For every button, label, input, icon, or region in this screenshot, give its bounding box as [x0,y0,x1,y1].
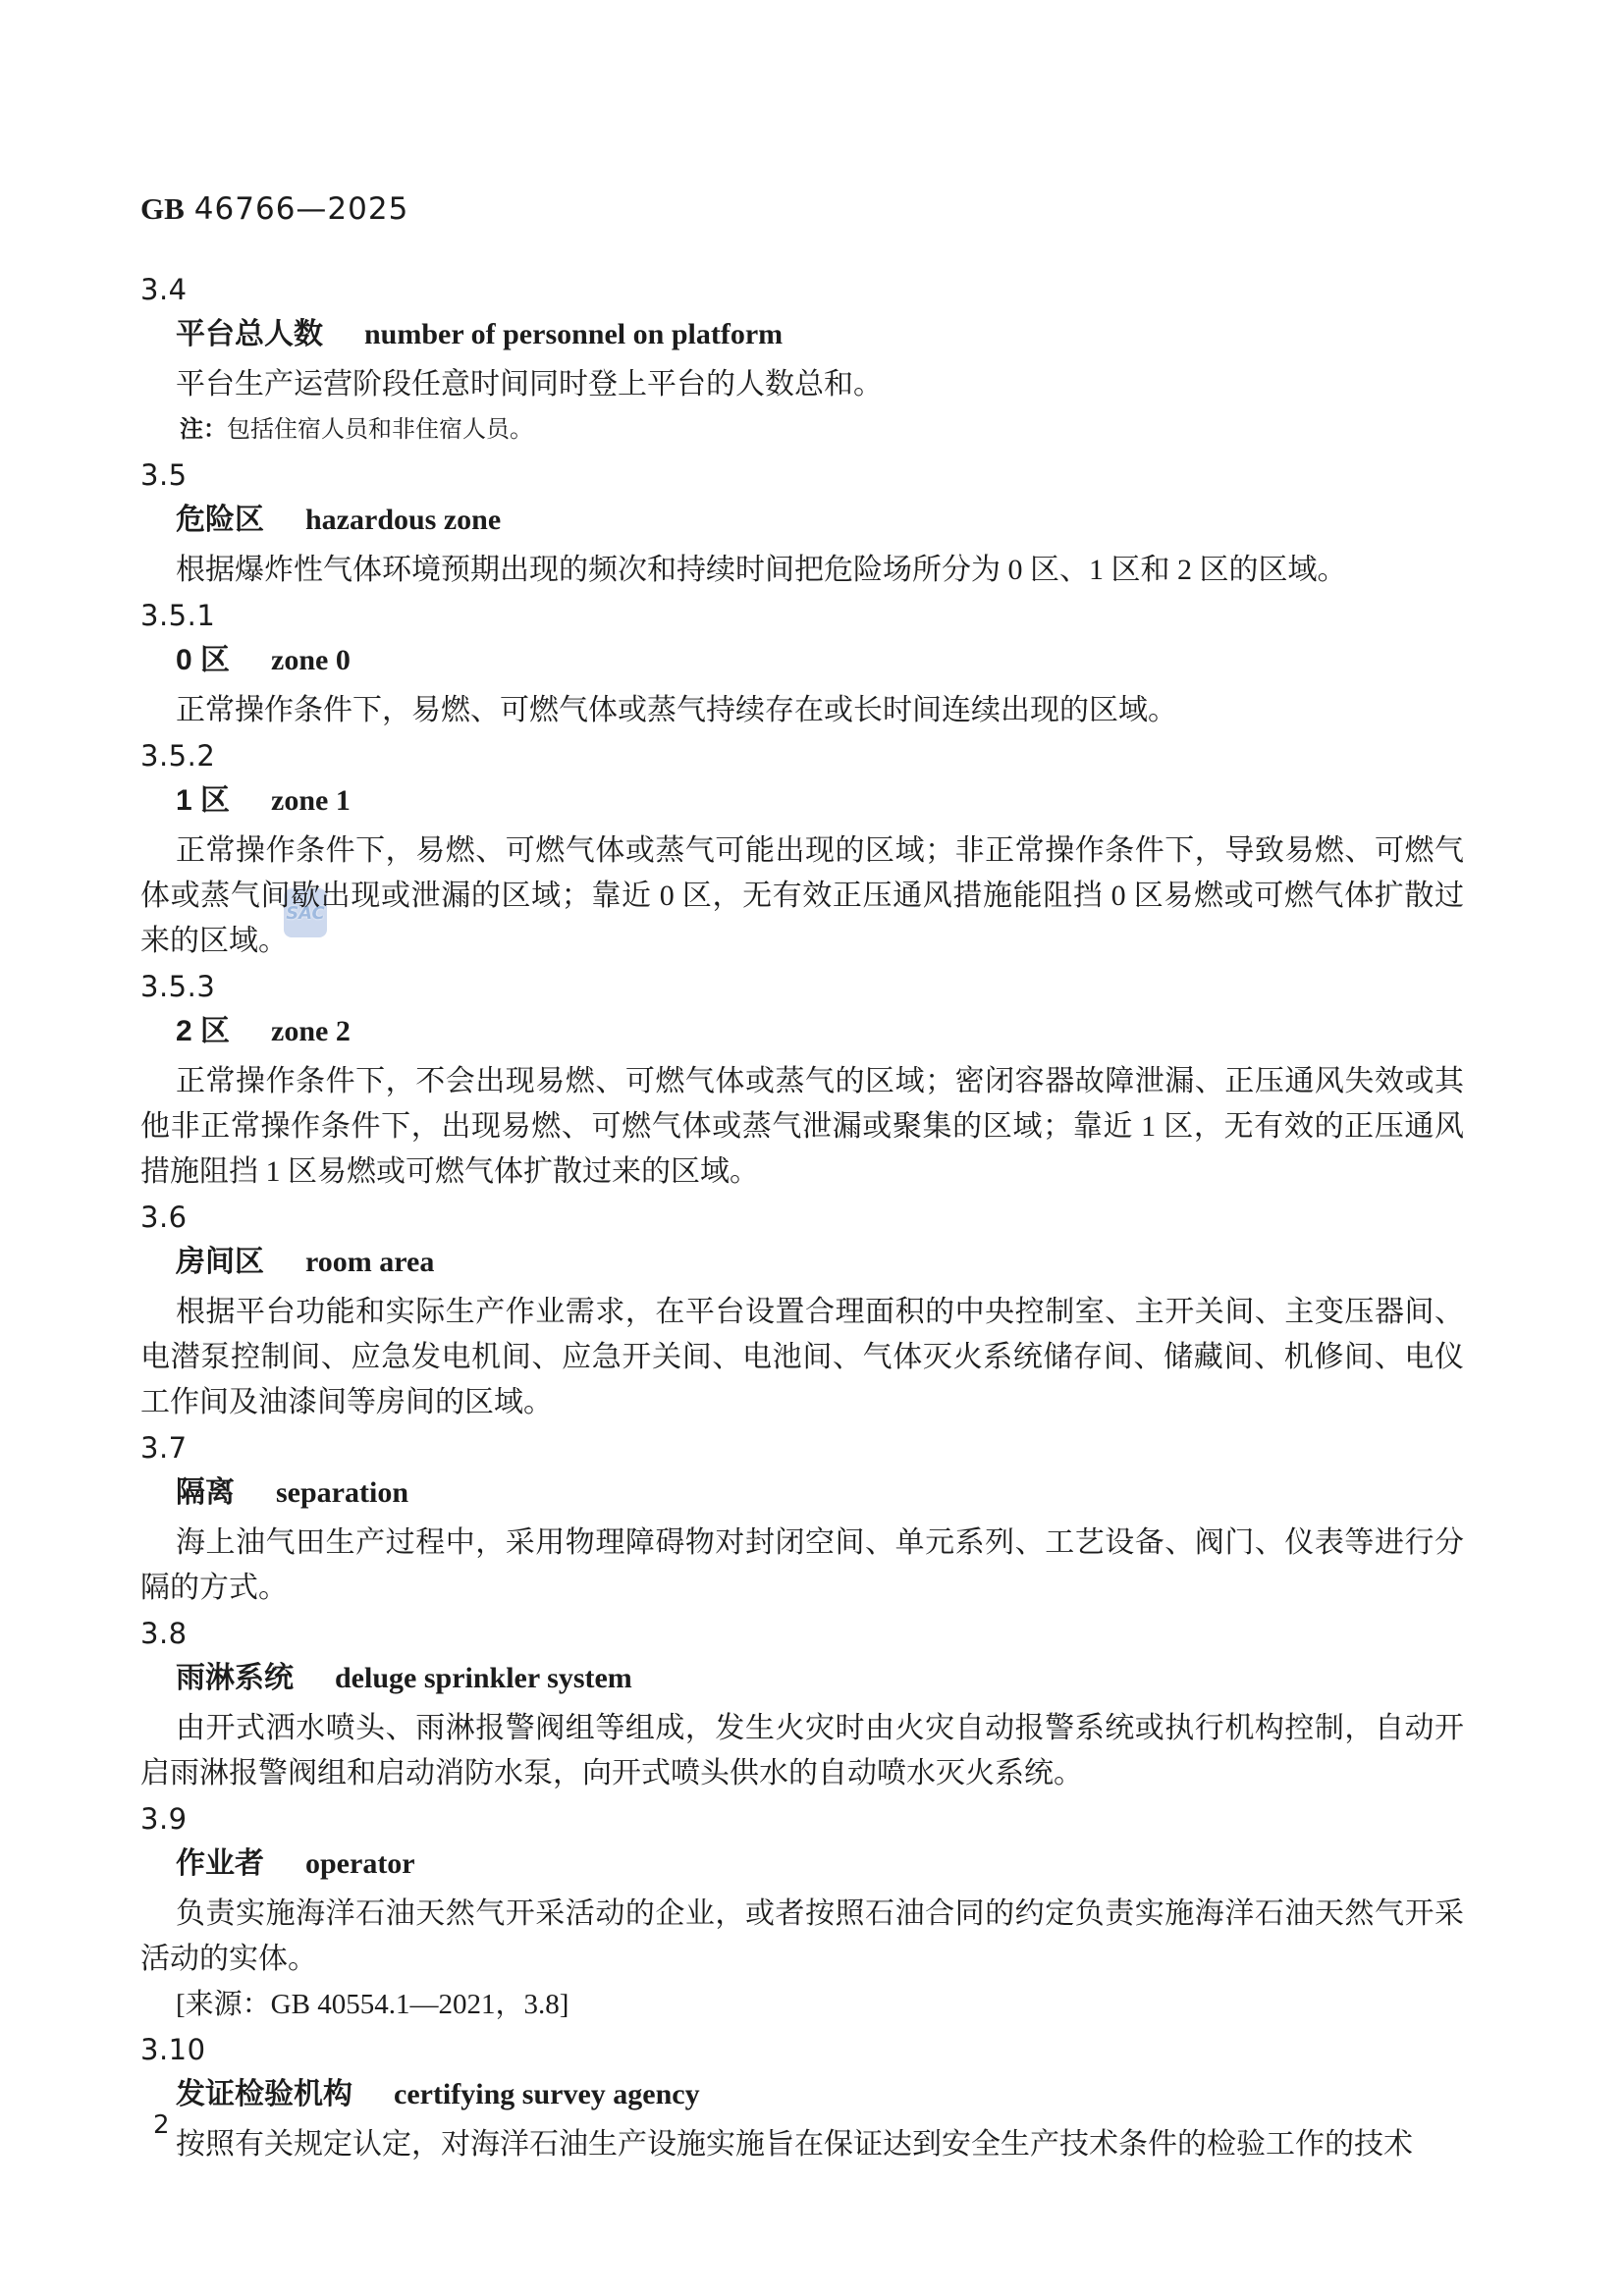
clause-number: 3.6 [140,1195,1464,1240]
clause-number: 3.7 [140,1425,1464,1470]
terminology-content: 3.4 平台总人数number of personnel on platform… [140,267,1464,2167]
term-heading: 作业者operator [140,1842,1464,1892]
definition-text: 正常操作条件下，不会出现易燃、可燃气体或蒸气的区域；密闭容器故障泄漏、正压通风失… [140,1059,1464,1195]
standard-prefix: GB [140,191,185,226]
section-3-4: 3.4 平台总人数number of personnel on platform… [140,267,1464,453]
term-heading: 平台总人数number of personnel on platform [140,312,1464,362]
definition-text: 由开式洒水喷头、雨淋报警阀组等组成，发生火灾时由火灾自动报警系统或执行机构控制，… [140,1706,1464,1796]
clause-number: 3.5.2 [140,733,1464,778]
section-3-5-3: 3.5.3 2 区zone 2 正常操作条件下，不会出现易燃、可燃气体或蒸气的区… [140,964,1464,1195]
clause-number: 3.9 [140,1796,1464,1842]
clause-number: 3.4 [140,267,1464,312]
term-english: deluge sprinkler system [335,1662,632,1694]
section-3-9: 3.9 作业者operator 负责实施海洋石油天然气开采活动的企业，或者按照石… [140,1796,1464,2027]
source-reference: [来源：GB 40554.1—2021，3.8] [140,1982,1464,2027]
clause-number: 3.8 [140,1611,1464,1656]
note-text: 包括住宿人员和非住宿人员。 [227,417,533,443]
term-english: room area [305,1246,434,1278]
term-english: hazardous zone [305,504,501,536]
term-heading: 房间区room area [140,1240,1464,1290]
document-header: GB46766—2025 [140,192,408,226]
definition-text: 按照有关规定认定，对海洋石油生产设施实施旨在保证达到安全生产技术条件的检验工作的… [140,2122,1464,2167]
term-english: separation [276,1476,408,1509]
section-3-5-1: 3.5.1 0 区zone 0 正常操作条件下，易燃、可燃气体或蒸气持续存在或长… [140,593,1464,733]
clause-number: 3.5 [140,453,1464,498]
term-heading: 危险区hazardous zone [140,498,1464,548]
term-heading: 隔离separation [140,1470,1464,1521]
definition-text: 负责实施海洋石油天然气开采活动的企业，或者按照石油合同的约定负责实施海洋石油天然… [140,1892,1464,1982]
section-3-6: 3.6 房间区room area 根据平台功能和实际生产作业需求，在平台设置合理… [140,1195,1464,1425]
term-heading: 1 区zone 1 [140,778,1464,828]
term-chinese: 危险区 [176,504,264,536]
term-chinese: 发证检验机构 [176,2078,352,2110]
term-english: certifying survey agency [394,2078,700,2110]
section-3-8: 3.8 雨淋系统deluge sprinkler system 由开式洒水喷头、… [140,1611,1464,1796]
section-3-7: 3.7 隔离separation 海上油气田生产过程中，采用物理障碍物对封闭空间… [140,1425,1464,1611]
section-3-10: 3.10 发证检验机构certifying survey agency 按照有关… [140,2027,1464,2167]
standard-document-page: GB46766—2025 SAC 3.4 平台总人数number of pers… [0,0,1624,2296]
clause-number: 3.5.3 [140,964,1464,1009]
definition-text: 海上油气田生产过程中，采用物理障碍物对封闭空间、单元系列、工艺设备、阀门、仪表等… [140,1521,1464,1611]
definition-text: 正常操作条件下，易燃、可燃气体或蒸气持续存在或长时间连续出现的区域。 [140,688,1464,733]
term-heading: 雨淋系统deluge sprinkler system [140,1656,1464,1706]
term-english: zone 1 [271,784,351,817]
term-chinese: 房间区 [176,1246,264,1278]
definition-text: 根据平台功能和实际生产作业需求，在平台设置合理面积的中央控制室、主开关间、主变压… [140,1290,1464,1425]
term-chinese: 隔离 [176,1476,235,1509]
term-chinese: 1 区 [176,784,230,817]
term-english: number of personnel on platform [364,318,783,350]
standard-code: 46766—2025 [194,191,409,227]
term-chinese: 雨淋系统 [176,1662,294,1694]
definition-text: 正常操作条件下，易燃、可燃气体或蒸气可能出现的区域；非正常操作条件下，导致易燃、… [140,828,1464,964]
term-heading: 发证检验机构certifying survey agency [140,2072,1464,2122]
term-heading: 0 区zone 0 [140,638,1464,688]
term-chinese: 0 区 [176,644,230,676]
page-number: 2 [153,2109,170,2142]
clause-number: 3.10 [140,2027,1464,2072]
term-heading: 2 区zone 2 [140,1009,1464,1059]
note-line: 注：包括住宿人员和非住宿人员。 [140,407,1464,453]
term-chinese: 平台总人数 [176,318,323,350]
clause-number: 3.5.1 [140,593,1464,638]
definition-text: 根据爆炸性气体环境预期出现的频次和持续时间把危险场所分为 0 区、1 区和 2 … [140,548,1464,593]
note-label: 注： [180,416,227,443]
term-english: zone 0 [271,644,351,676]
section-3-5: 3.5 危险区hazardous zone 根据爆炸性气体环境预期出现的频次和持… [140,453,1464,593]
definition-text: 平台生产运营阶段任意时间同时登上平台的人数总和。 [140,362,1464,407]
section-3-5-2: 3.5.2 1 区zone 1 正常操作条件下，易燃、可燃气体或蒸气可能出现的区… [140,733,1464,964]
term-chinese: 作业者 [176,1847,264,1880]
term-chinese: 2 区 [176,1015,230,1047]
term-english: operator [305,1847,415,1880]
term-english: zone 2 [271,1015,351,1047]
